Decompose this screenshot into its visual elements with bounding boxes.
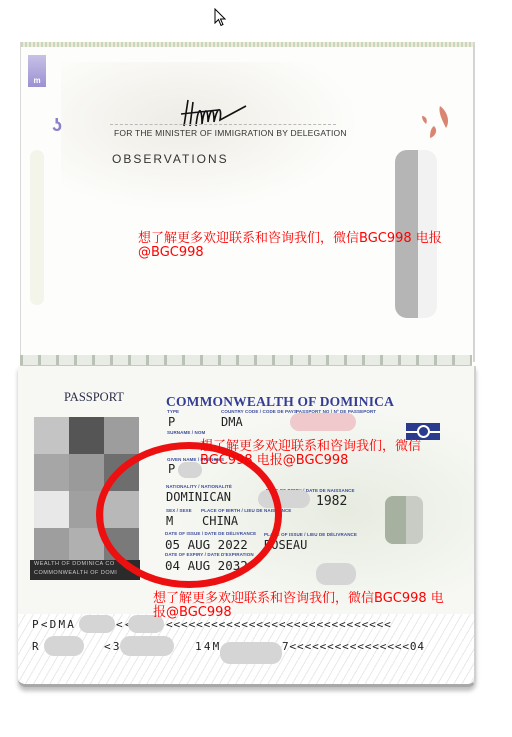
mrz-redacted xyxy=(79,615,115,633)
mrz-redacted xyxy=(120,636,174,656)
leaf-emblem-icon xyxy=(418,104,452,140)
authority-line: FOR THE MINISTER OF IMMIGRATION BY DELEG… xyxy=(114,128,347,138)
chip-symbol-icon xyxy=(406,423,440,440)
watermark-text: 想了解更多欢迎联系和咨询我们，微信BGC998 电 报@BGC998 xyxy=(153,592,444,620)
mrz-redacted xyxy=(44,636,84,656)
watermark-text: 想了解更多欢迎联系和咨询我们，微信 BGC998 电报@BGC998 xyxy=(200,440,421,468)
date-of-birth-value: 1982 xyxy=(316,494,347,509)
mouse-cursor-icon xyxy=(214,8,228,28)
mrz-line-2: R xyxy=(32,640,41,653)
surname-label: SURNAME / NOM xyxy=(167,430,205,435)
ghost-image-redacted xyxy=(385,496,423,544)
redacted-area xyxy=(316,563,356,585)
mrz-line-1: P<DMA xyxy=(32,618,76,631)
mrz-line-2-tail: 7<<<<<<<<<<<<<<<<04 xyxy=(282,640,425,653)
watermark-text: 想了解更多欢迎联系和咨询我们，微信BGC998 电报 @BGC998 xyxy=(138,232,442,260)
country-code-value: DMA xyxy=(221,415,243,429)
security-emblem-icon: ʖ xyxy=(52,115,62,136)
signature-line xyxy=(110,124,336,125)
mrz-line-2-b: 14M xyxy=(195,640,221,653)
issuing-state: COMMONWEALTH OF DOMINICA xyxy=(166,394,394,410)
redacted-area xyxy=(30,150,44,305)
perforation-edge xyxy=(21,42,473,47)
signature xyxy=(178,96,248,132)
passport-number-redacted xyxy=(290,413,356,431)
observations-title: OBSERVATIONS xyxy=(112,152,229,166)
hologram-emblem-icon: m xyxy=(28,55,46,87)
type-label: TYPE xyxy=(167,409,179,414)
type-value: P xyxy=(168,415,175,429)
document-label: PASSPORT xyxy=(64,390,124,405)
mrz-redacted xyxy=(220,642,282,664)
mrz-line-2-a: <3 xyxy=(104,640,122,653)
country-code-label: COUNTRY CODE / CODE DE PAYS xyxy=(221,409,297,414)
